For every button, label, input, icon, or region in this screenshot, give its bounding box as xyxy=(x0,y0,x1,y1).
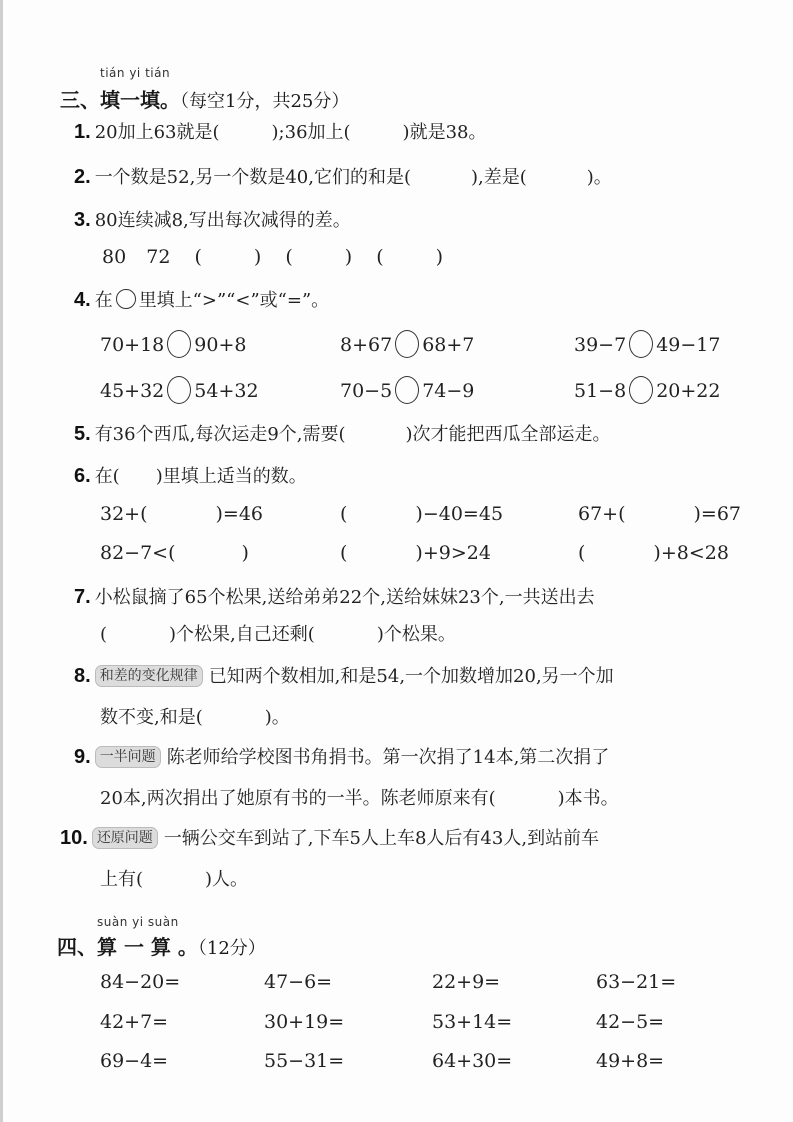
calc-item[interactable]: 49+8= xyxy=(596,1050,664,1072)
calc-item[interactable]: 63−21= xyxy=(596,971,676,993)
question-number: 5. xyxy=(74,422,91,446)
equation-item: ()+8<28 xyxy=(578,542,729,564)
question-number: 8. xyxy=(74,664,91,688)
calc-item[interactable]: 53+14= xyxy=(432,1011,512,1033)
compare-item: 45+3254+32 xyxy=(100,376,259,404)
question-number: 6. xyxy=(74,464,91,488)
compare-circle[interactable] xyxy=(395,330,419,358)
section3-pinyin: tián yi tián xyxy=(100,66,170,80)
question-8-line2: 数不变,和是()。 xyxy=(100,706,290,730)
question-3: 3.80连续减8,写出每次减得的差。 xyxy=(74,208,351,233)
question-1: 1.20加上63就是();36加上()就是38。 xyxy=(74,120,486,145)
question-8: 8.和差的变化规律已知两个数相加,和是54,一个加数增加20,另一个加 xyxy=(74,664,614,689)
calc-item[interactable]: 69−4= xyxy=(100,1050,168,1072)
compare-item: 51−820+22 xyxy=(574,376,720,404)
question-2: 2.一个数是52,另一个数是40,它们的和是(),差是()。 xyxy=(74,165,612,190)
calc-item[interactable]: 22+9= xyxy=(432,971,500,993)
question-6: 6.在()里填上适当的数。 xyxy=(74,464,307,489)
equation-item: 82−7<() xyxy=(100,542,249,564)
topic-badge: 一半问题 xyxy=(95,746,161,768)
question-number: 3. xyxy=(74,208,91,232)
compare-circle[interactable] xyxy=(629,376,653,404)
calc-item[interactable]: 42+7= xyxy=(100,1011,168,1033)
compare-circle[interactable] xyxy=(629,330,653,358)
calc-item[interactable]: 42−5= xyxy=(596,1011,664,1033)
calc-item[interactable]: 47−6= xyxy=(264,971,332,993)
equation-item: ()+9>24 xyxy=(340,542,491,564)
question-7-line2: ()个松果,自己还剩()个松果。 xyxy=(100,623,456,647)
compare-item: 8+6768+7 xyxy=(340,330,474,358)
question-5: 5.有36个西瓜,每次运走9个,需要()次才能把西瓜全部运走。 xyxy=(74,422,611,447)
compare-circle[interactable] xyxy=(167,330,191,358)
question-3-sequence: 80 72 () () () xyxy=(102,245,443,269)
question-9-line2: 20本,两次捐出了她原有书的一半。陈老师原来有()本书。 xyxy=(100,787,619,811)
compare-circle[interactable] xyxy=(395,376,419,404)
section3-heading: 三、填一填。（每空1分，共25分） xyxy=(60,84,349,113)
compare-circle[interactable] xyxy=(167,376,191,404)
calc-item[interactable]: 84−20= xyxy=(100,971,180,993)
topic-badge: 还原问题 xyxy=(92,827,158,849)
circle-icon xyxy=(116,289,136,309)
question-number: 7. xyxy=(74,585,91,609)
page-edge xyxy=(0,0,3,1122)
question-10: 10.还原问题一辆公交车到站了,下车5人上车8人后有43人,到站前车 xyxy=(60,826,599,851)
topic-badge: 和差的变化规律 xyxy=(95,665,203,687)
calc-item[interactable]: 55−31= xyxy=(264,1050,344,1072)
question-number: 4. xyxy=(74,288,91,312)
question-10-line2: 上有()人。 xyxy=(100,868,248,892)
equation-item: 67+()=67 xyxy=(578,503,741,525)
question-number: 9. xyxy=(74,745,91,769)
section4-title: 四、算 一 算 。 xyxy=(57,935,198,959)
question-number: 10. xyxy=(60,826,88,850)
section4-score-note: （12分） xyxy=(198,938,266,959)
section4-pinyin: suàn yi suàn xyxy=(97,915,179,929)
equation-item: 32+()=46 xyxy=(100,503,263,525)
question-9: 9.一半问题陈老师给学校图书角捐书。第一次捐了14本,第二次捐了 xyxy=(74,745,609,770)
question-4: 4.在里填上“>”“<”或“=”。 xyxy=(74,288,329,313)
section3-score-note: （每空1分，共25分） xyxy=(180,91,349,112)
question-7: 7.小松鼠摘了65个松果,送给弟弟22个,送给妹妹23个,一共送出去 xyxy=(74,585,595,610)
compare-item: 39−749−17 xyxy=(574,330,720,358)
section3-title: 三、填一填。 xyxy=(60,88,180,112)
question-number: 1. xyxy=(74,120,91,144)
calc-item[interactable]: 30+19= xyxy=(264,1011,344,1033)
question-number: 2. xyxy=(74,165,91,189)
calc-item[interactable]: 64+30= xyxy=(432,1050,512,1072)
section4-heading: 四、算 一 算 。（12分） xyxy=(57,931,266,960)
compare-item: 70−574−9 xyxy=(340,376,474,404)
equation-item: ()−40=45 xyxy=(340,503,503,525)
compare-item: 70+1890+8 xyxy=(100,330,246,358)
